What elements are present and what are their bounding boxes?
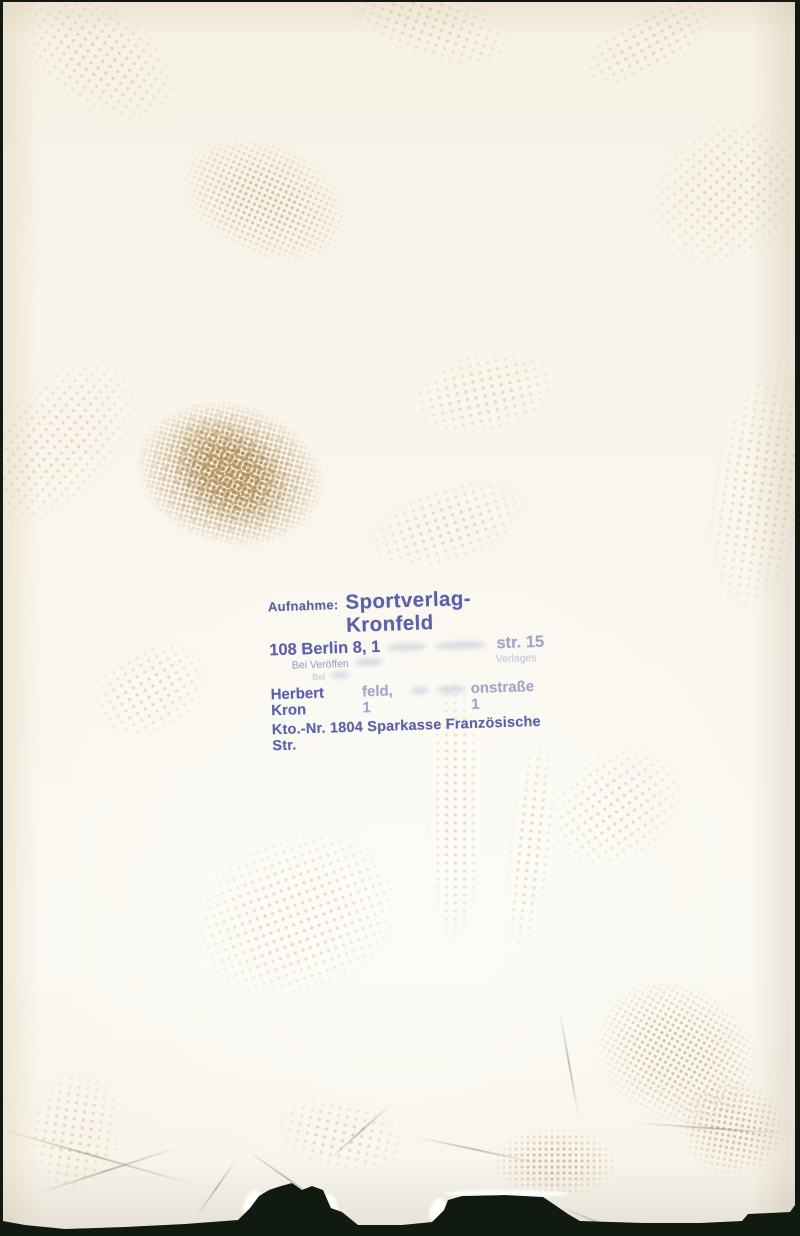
foxing-stain [659,286,800,693]
faded-ink-smudge [437,685,465,694]
bottom-edge-shadow [0,1160,800,1236]
stamp-notice-right: Verlages [496,653,537,666]
stamp-line-aufnahme: Aufnahme: Sportverlag-Kronfeld [268,586,544,640]
faded-ink-smudge [411,686,429,695]
faded-ink-smudge [434,641,486,651]
stamp-line-account: Kto.-Nr. 1804 Sparkasse Französische Str… [272,714,548,754]
stamp-account: Kto.-Nr. 1804 Sparkasse Französische Str… [272,714,542,754]
faded-ink-smudge [331,671,349,680]
stamp-publisher-name: Sportverlag-Kronfeld [345,586,544,637]
faded-ink-area [380,640,496,652]
stamp-notice-small: Bel [312,672,325,682]
foxing-stain [283,0,571,122]
faded-ink-smudge [386,642,426,651]
stamp-address-left: 108 Berlin 8, 1 [269,638,380,660]
foxing-stain [37,584,263,795]
stamp-prefix: Aufnahme: [268,598,339,615]
publisher-stamp: Aufnahme: Sportverlag-Kronfeld 108 Berli… [268,586,548,755]
stamp-owner-left: Herbert Kron [270,684,362,720]
stamp-address-right: str. 15 [496,633,544,653]
stamp-owner-mid: feld, 1 [362,683,406,717]
photo-paper: Aufnahme: Sportverlag-Kronfeld 108 Berli… [0,0,800,1236]
photo-back-scan: Aufnahme: Sportverlag-Kronfeld 108 Berli… [0,0,800,1236]
faded-ink-area [405,685,471,695]
torn-edge-fiber [444,1190,568,1197]
stamp-owner-right: onstraße 1 [470,678,546,713]
faded-ink-smudge [355,658,383,667]
